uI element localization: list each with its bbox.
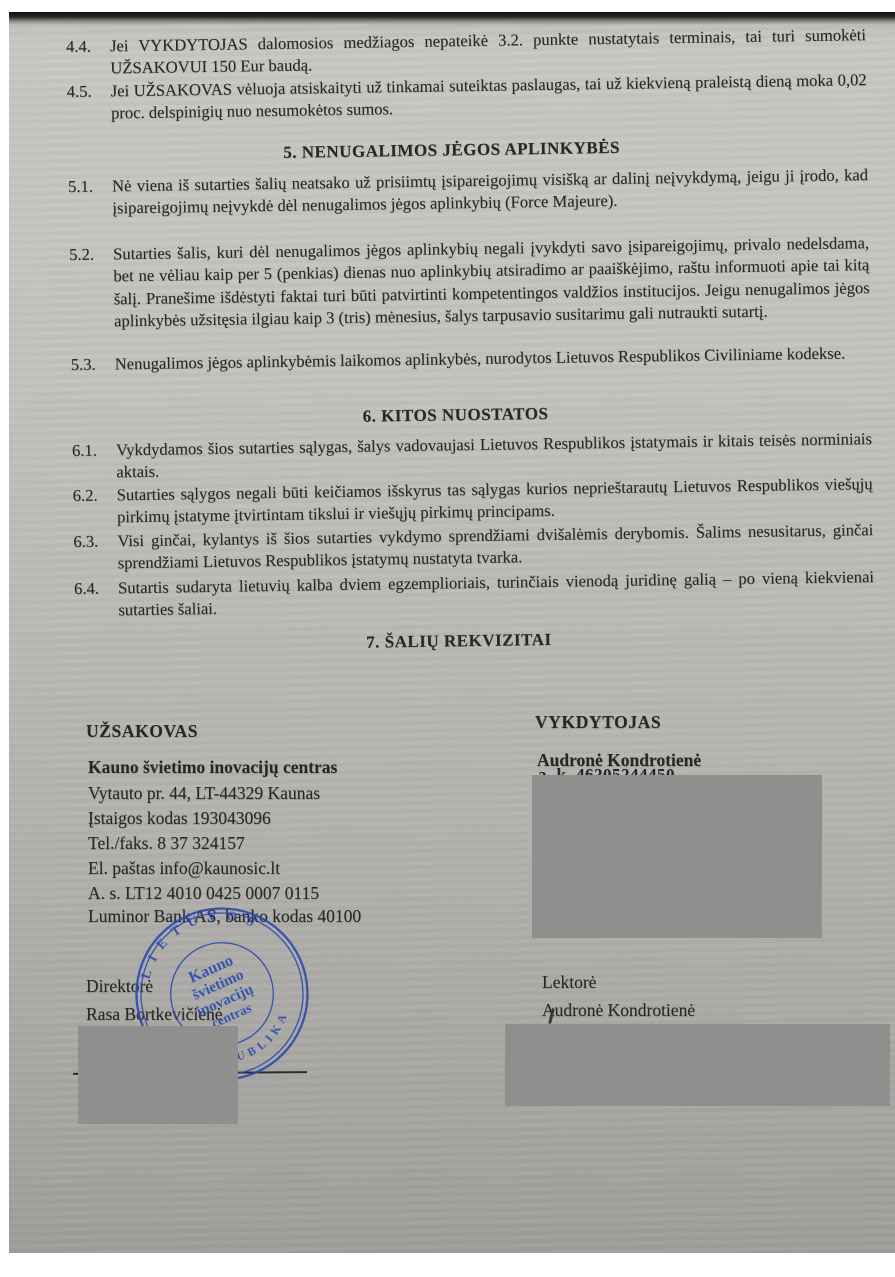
- uzsakovas-label: UŽSAKOVAS: [86, 720, 198, 742]
- redaction-box-signature-left: [78, 1026, 238, 1124]
- vykdytojas-role: Lektorė: [542, 971, 596, 993]
- vykdytojas-partial-personal-code: a. k. 46205244450: [538, 765, 788, 775]
- vykdytojas-label: VYKDYTOJAS: [535, 711, 661, 733]
- redaction-box-signature-right: [505, 1024, 890, 1106]
- scanned-contract-page: 4.4. Jei VYKDYTOJAS dalomosios medžiagos…: [0, 0, 895, 1277]
- uzsakovas-address: Vytauto pr. 44, LT-44329 Kaunas: [88, 782, 320, 804]
- redaction-box-personal-data: [532, 775, 822, 938]
- uzsakovas-account: A. s. LT12 4010 0425 0007 0115: [88, 882, 319, 904]
- uzsakovas-email: El. paštas info@kaunosic.lt: [88, 857, 280, 879]
- uzsakovas-code: Įstaigos kodas 193043096: [88, 807, 271, 829]
- uzsakovas-name: Kauno švietimo inovacijų centras: [88, 756, 337, 778]
- vykdytojas-person: Audronė Kondrotienė: [542, 999, 695, 1021]
- uzsakovas-phone: Tel./faks. 8 37 324157: [88, 832, 245, 854]
